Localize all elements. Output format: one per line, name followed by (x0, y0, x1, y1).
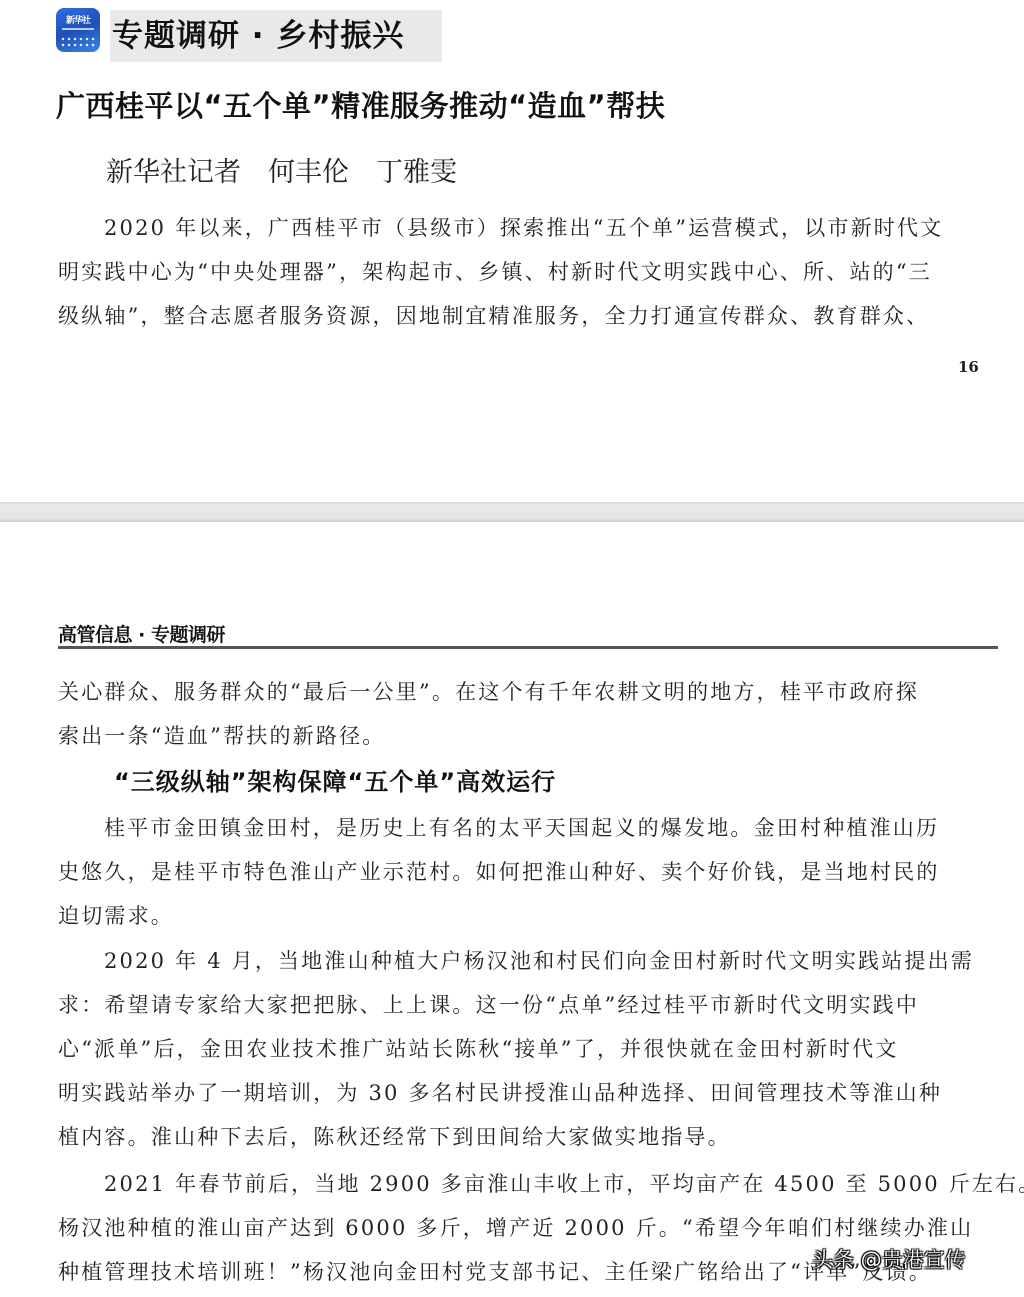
text-line: 级纵轴”，整合志愿者服务资源，因地制宜精准服务，全力打通宣传群众、教育群众、 (58, 294, 978, 338)
text-line: 心“派单”后，金田农业技术推广站站长陈秋“接单”了，并很快就在金田村新时代文 (58, 1027, 978, 1071)
section-subheading: “三级纵轴”架构保障“五个单”高效运行 (114, 762, 556, 797)
logo-text: 新华社 (61, 16, 95, 26)
paragraph-2: 2020 年 4 月，当地淮山种植大户杨汉池和村民们向金田村新时代文明实践站提出… (58, 939, 978, 1159)
text-line: 索出一条“造血”帮扶的新路径。 (58, 714, 978, 758)
section-banner: 专题调研 · 乡村振兴 (110, 10, 442, 62)
text-line: 迫切需求。 (58, 894, 978, 938)
text-line: 植内容。淮山种下去后，陈秋还经常下到田间给大家做实地指导。 (58, 1115, 978, 1159)
text-line: 2020 年以来，广西桂平市（县级市）探索推出“五个单”运营模式，以市新时代文 (58, 206, 978, 250)
text-line: 明实践站举办了一期培训，为 30 多名村民讲授淮山品种选择、田间管理技术等淮山种 (58, 1071, 978, 1115)
article-title: 广西桂平以“五个单”精准服务推动“造血”帮扶 (56, 84, 665, 125)
text-line: 桂平市金田镇金田村，是历史上有名的太平天国起义的爆发地。金田村种植淮山历 (58, 806, 978, 850)
text-line: 关心群众、服务群众的“最后一公里”。在这个有千年农耕文明的地方，桂平市政府探 (58, 670, 978, 714)
text-line: 2021 年春节前后，当地 2900 多亩淮山丰收上市，平均亩产在 4500 至… (58, 1162, 978, 1206)
text-line: 明实践中心为“中央处理器”，架构起市、乡镇、村新时代文明实践中心、所、站的“三 (58, 250, 978, 294)
intro-paragraph: 2020 年以来，广西桂平市（县级市）探索推出“五个单”运营模式，以市新时代文 … (58, 206, 978, 338)
byline: 新华社记者 何丰伦 丁雅雯 (106, 150, 457, 189)
text-line: 求：希望请专家给大家把把脉、上上课。这一份“点单”经过桂平市新时代文明实践中 (58, 983, 978, 1027)
paragraph-1: 桂平市金田镇金田村，是历史上有名的太平天国起义的爆发地。金田村种植淮山历 史悠久… (58, 806, 978, 938)
document-page-16: 新华社 专题调研 · 乡村振兴 广西桂平以“五个单”精准服务推动“造血”帮扶 新… (0, 0, 1024, 502)
page-number: 16 (958, 358, 979, 376)
logo-dots (60, 36, 96, 48)
logo-underline (62, 28, 94, 30)
page-divider (0, 502, 1024, 522)
source-watermark: 头条 @贵港宣传 (812, 1244, 966, 1274)
running-head-rule (58, 646, 998, 649)
text-line: 2020 年 4 月，当地淮山种植大户杨汉池和村民们向金田村新时代文明实践站提出… (58, 939, 978, 983)
continuation-paragraph: 关心群众、服务群众的“最后一公里”。在这个有千年农耕文明的地方，桂平市政府探 索… (58, 670, 978, 758)
running-head: 高管信息 · 专题调研 (58, 620, 225, 647)
xinhua-logo-icon: 新华社 (56, 8, 100, 52)
paragraph-3: 2021 年春节前后，当地 2900 多亩淮山丰收上市，平均亩产在 4500 至… (58, 1162, 978, 1294)
text-line: 史悠久，是桂平市特色淮山产业示范村。如何把淮山种好、卖个好价钱，是当地村民的 (58, 850, 978, 894)
